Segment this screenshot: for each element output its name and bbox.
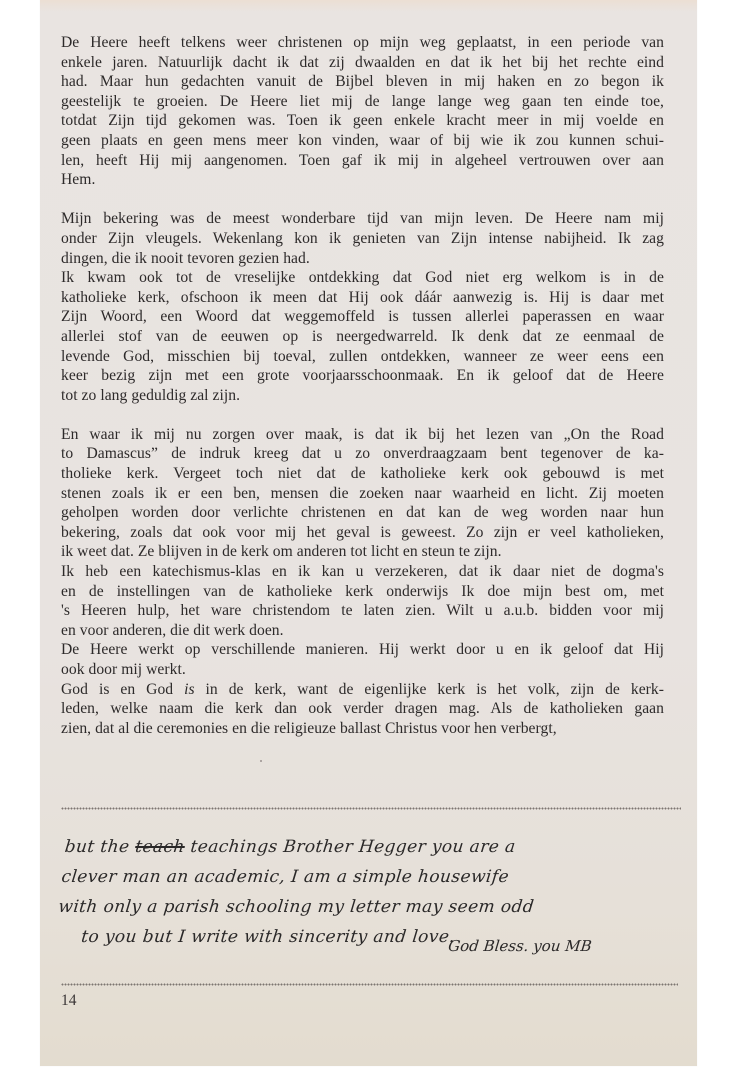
text-line: God is en God is in de kerk, want de eig… [61, 680, 664, 700]
text-line: tot zo lang geduldig zal zijn. [61, 386, 664, 406]
text-line: 's Heeren hulp, het ware christendom te … [61, 601, 664, 621]
paragraph: De Heere heeft telkens weer christenen o… [61, 33, 664, 190]
handwritten-line: clever man an academic, I am a simple ho… [60, 862, 683, 892]
text-line: keer bezig zijn met een grote voorjaarss… [61, 366, 664, 386]
text-line: ik weet dat. Ze blijven in de kerk om an… [61, 542, 664, 562]
text-line: Mijn bekering was de meest wonderbare ti… [61, 209, 664, 229]
struck-out-word: teach [134, 837, 186, 857]
ink-speck [260, 760, 262, 762]
handwritten-signoff: God Bless. you MB [447, 938, 592, 954]
text-line: geen plaats en geen mens meer kon vinden… [61, 131, 664, 151]
text-line: to Damascus” de indruk kreeg dat u zo on… [61, 444, 664, 464]
text-line: En waar ik mij nu zorgen over maak, is d… [61, 425, 664, 445]
text-line: enkele jaren. Natuurlijk dacht ik dat zi… [61, 53, 664, 73]
text-line: Hem. [61, 170, 664, 190]
text-line: geholpen worden door verlichte christene… [61, 503, 664, 523]
text-line: had. Maar hun gedachten vanuit de Bijbel… [61, 72, 664, 92]
text-line: levende God, misschien bij toeval, zulle… [61, 347, 664, 367]
text-line: Ik kwam ook tot de vreselijke ontdekking… [61, 268, 664, 288]
paragraph: Mijn bekering was de meest wonderbare ti… [61, 209, 664, 405]
text-line: en de instellingen van de katholieke ker… [61, 582, 664, 602]
wavy-rule-top [61, 807, 681, 810]
printed-letter-text: De Heere heeft telkens weer christenen o… [61, 33, 664, 758]
text-line: dingen, die ik nooit tevoren gezien had. [61, 249, 664, 269]
text-line: geestelijk te groeien. De Heere liet mij… [61, 92, 664, 112]
text-line: bekering, zoals dat ook voor mij het gev… [61, 523, 664, 543]
text-line: en voor anderen, die dit werk doen. [61, 621, 664, 641]
text-line: katholieke kerk, ofschoon ik meen dat Hi… [61, 288, 664, 308]
text-line: zien, dat al die ceremonies en die relig… [61, 719, 664, 739]
paragraph: En waar ik mij nu zorgen over maak, is d… [61, 425, 664, 739]
text-line: len, heeft Hij mij aangenomen. Toen gaf … [61, 151, 664, 171]
text-line: tholieke kerk. Vergeet toch niet dat de … [61, 464, 664, 484]
text-line: De Heere werkt op verschillende manieren… [61, 640, 664, 660]
book-page: De Heere heeft telkens weer christenen o… [40, 0, 697, 1066]
text-line: ook door mij werkt. [61, 660, 664, 680]
text-line: De Heere heeft telkens weer christenen o… [61, 33, 664, 53]
text-line: Ik heb een katechismus-klas en ik kan u … [61, 562, 664, 582]
text-line: stenen zoals ik er een ben, mensen die z… [61, 484, 664, 504]
text-line: onder Zijn vleugels. Wekenlang kon ik ge… [61, 229, 664, 249]
wavy-rule-bottom [61, 983, 678, 986]
handwritten-line: with only a parish schooling my letter m… [57, 892, 680, 922]
page-number: 14 [61, 992, 77, 1010]
text-line: totdat Zijn tijd gekomen was. Toen ik ge… [61, 111, 664, 131]
text-line: allerlei stof van de eeuwen op is neerge… [61, 327, 664, 347]
handwritten-annotation: but the teach teachings Brother Hegger y… [54, 832, 687, 952]
handwritten-line: but the teach teachings Brother Hegger y… [63, 832, 686, 862]
text-line: Zijn Woord, een Woord dat weggemoffeld i… [61, 307, 664, 327]
text-line: leden, welke naam die kerk dan ook verde… [61, 699, 664, 719]
